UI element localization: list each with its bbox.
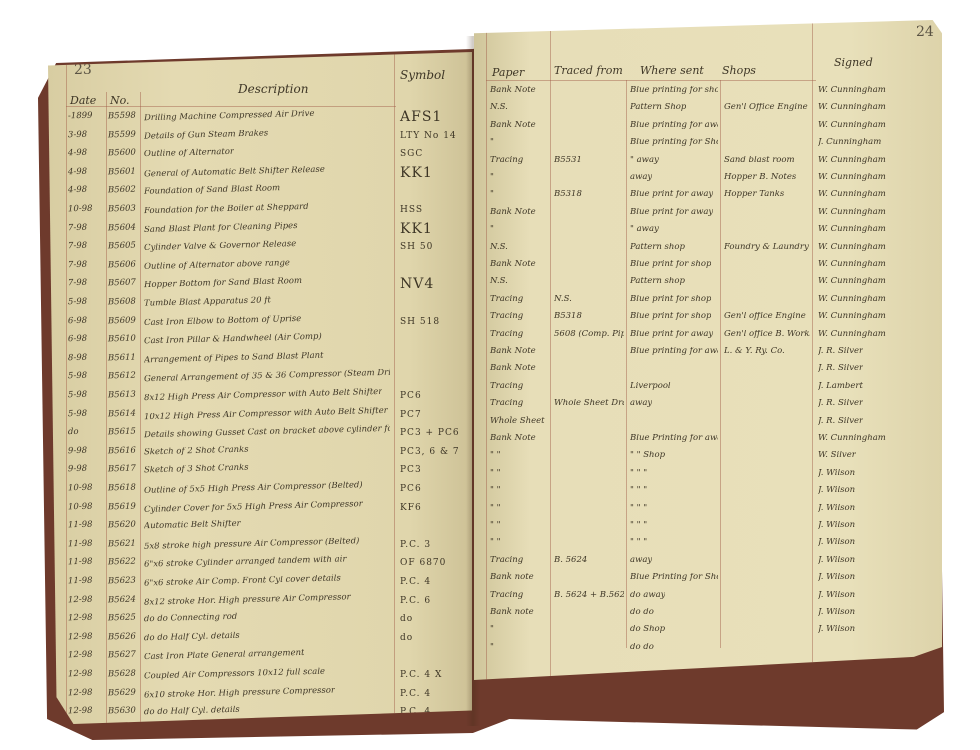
entry-date: 11-98 bbox=[68, 577, 93, 586]
entry-signed: J. Wilson bbox=[818, 608, 855, 617]
entry-symbol: NV4 bbox=[400, 276, 434, 292]
entry-where-sent: Blue print for away bbox=[630, 208, 713, 217]
entry-signed: J. R. Silver bbox=[818, 364, 863, 373]
entry-description: Details of Gun Steam Brakes bbox=[144, 129, 268, 141]
entry-number: B5605 bbox=[108, 242, 136, 251]
column-rule bbox=[486, 20, 487, 680]
entry-where-sent: Blue print for shop bbox=[630, 295, 711, 304]
entry-paper: " " bbox=[490, 504, 501, 513]
header-rule bbox=[66, 106, 396, 107]
column-rule bbox=[812, 20, 813, 680]
entry-number: B5598 bbox=[108, 112, 136, 121]
entry-where-sent: " " " bbox=[630, 469, 647, 478]
entry-date: 9-98 bbox=[68, 447, 87, 456]
entry-where-sent: Liverpool bbox=[630, 382, 671, 391]
entry-paper: Whole Sheet bbox=[490, 417, 545, 426]
entry-number: B5610 bbox=[108, 335, 136, 344]
entry-signed: W. Cunningham bbox=[818, 103, 886, 112]
entry-description: Outline of 5x5 High Press Air Compressor… bbox=[144, 481, 363, 495]
entry-symbol: SH 50 bbox=[400, 242, 433, 252]
entry-signed: W. Cunningham bbox=[818, 190, 886, 199]
entry-where-sent: " " " bbox=[630, 538, 647, 547]
entry-where-sent: do away bbox=[630, 591, 665, 600]
entry-date: do bbox=[68, 428, 79, 437]
header-traced-from: Traced from bbox=[554, 64, 623, 77]
entry-number: B5607 bbox=[108, 279, 136, 288]
entry-description: Coupled Air Compressors 10x12 full scale bbox=[144, 668, 325, 681]
entry-number: B5599 bbox=[108, 130, 136, 139]
entry-signed: J. Cunningham bbox=[818, 138, 881, 147]
entry-description: Cast Iron Elbow to Bottom of Uprise bbox=[144, 315, 301, 328]
entry-symbol: SGC bbox=[400, 149, 423, 159]
entry-paper: Tracing bbox=[490, 330, 523, 339]
entry-description: Tumble Blast Apparatus 20 ft bbox=[144, 296, 271, 308]
entry-traced-from: B5531 bbox=[554, 156, 582, 165]
entry-number: B5627 bbox=[108, 651, 136, 660]
entry-traced-from: B. 5624 + B.5625 bbox=[554, 591, 624, 600]
column-rule bbox=[626, 80, 627, 648]
entry-date: 3-98 bbox=[68, 130, 87, 139]
entry-description: Drilling Machine Compressed Air Drive bbox=[144, 110, 315, 123]
entry-paper: Bank note bbox=[490, 573, 534, 582]
entry-where-sent: Blue print for away bbox=[630, 190, 713, 199]
entry-traced-from: B5318 bbox=[554, 190, 582, 199]
entry-where-sent: Blue printing for Shop bbox=[630, 138, 718, 147]
entry-symbol: do bbox=[400, 633, 413, 643]
entry-shops: Sand blast room bbox=[724, 156, 795, 165]
entry-number: B5625 bbox=[108, 614, 136, 623]
entry-description: 8x12 High Press Air Compressor with Auto… bbox=[144, 388, 383, 403]
entry-number: B5616 bbox=[108, 446, 136, 455]
entry-paper: Bank note bbox=[490, 608, 534, 617]
entry-paper: Bank Note bbox=[490, 86, 536, 95]
entry-date: 4-98 bbox=[68, 149, 87, 158]
entry-number: B5629 bbox=[108, 688, 136, 697]
entry-number: B5603 bbox=[108, 205, 136, 214]
entry-number: B5606 bbox=[108, 260, 136, 269]
entry-where-sent: Pattern shop bbox=[630, 277, 685, 286]
entry-number: B5622 bbox=[108, 558, 136, 567]
entry-paper: " bbox=[490, 173, 494, 182]
entry-where-sent: " away bbox=[630, 156, 659, 165]
entry-paper: N.S. bbox=[490, 103, 508, 112]
entry-where-sent: Pattern Shop bbox=[630, 103, 686, 112]
entry-symbol: do bbox=[400, 614, 413, 624]
entry-description: General Arrangement of 35 & 36 Compresso… bbox=[144, 369, 390, 384]
header-where-sent: Where sent bbox=[640, 64, 704, 77]
entry-where-sent: " " " bbox=[630, 504, 647, 513]
entry-number: B5626 bbox=[108, 632, 136, 641]
header-symbol: Symbol bbox=[400, 68, 445, 82]
entry-description: Sand Blast Plant for Cleaning Pipes bbox=[144, 222, 298, 235]
entry-paper: Bank Note bbox=[490, 434, 536, 443]
entry-number: B5623 bbox=[108, 577, 136, 586]
entry-description: Foundation of Sand Blast Room bbox=[144, 185, 280, 197]
entry-paper: Tracing bbox=[490, 591, 523, 600]
entry-signed: J. Wilson bbox=[818, 625, 855, 634]
entry-date: 6-98 bbox=[68, 335, 87, 344]
column-rule bbox=[140, 92, 141, 724]
entry-number: B5611 bbox=[108, 353, 136, 362]
entry-signed: J. Wilson bbox=[818, 591, 855, 600]
entry-number: B5620 bbox=[108, 521, 136, 530]
entry-where-sent: " " " bbox=[630, 486, 647, 495]
entry-description: Cylinder Valve & Governor Release bbox=[144, 240, 296, 252]
entry-paper: " " bbox=[490, 451, 501, 460]
entry-paper: Bank Note bbox=[490, 364, 536, 373]
entry-number: B5615 bbox=[108, 428, 136, 437]
entry-number: B5601 bbox=[108, 167, 136, 176]
entry-signed: W. Cunningham bbox=[818, 86, 886, 95]
entry-description: Hopper Bottom for Sand Blast Room bbox=[144, 277, 302, 290]
entry-signed: J. R. Silver bbox=[818, 347, 863, 356]
entry-where-sent: Blue printing for shop bbox=[630, 86, 718, 95]
entry-signed: J. R. Silver bbox=[818, 417, 863, 426]
entry-signed: W. Cunningham bbox=[818, 225, 886, 234]
entry-description: Details showing Gusset Cast on bracket a… bbox=[144, 425, 390, 440]
entry-paper: " " bbox=[490, 538, 501, 547]
entry-date: -1899 bbox=[68, 112, 93, 121]
entry-date: 12-98 bbox=[68, 670, 93, 679]
entry-number: B5621 bbox=[108, 539, 136, 548]
entry-number: B5602 bbox=[108, 186, 136, 195]
entry-date: 7-98 bbox=[68, 223, 87, 232]
entry-shops: Hopper B. Notes bbox=[724, 173, 796, 182]
entry-where-sent: away bbox=[630, 173, 652, 182]
entry-where-sent: Blue print for shop bbox=[630, 312, 711, 321]
entry-description: Cast Iron Plate General arrangement bbox=[144, 649, 305, 662]
entry-traced-from: Whole Sheet Drawing bbox=[554, 399, 624, 408]
entry-where-sent: away bbox=[630, 399, 652, 408]
column-rule bbox=[394, 52, 395, 724]
entry-paper: " " bbox=[490, 469, 501, 478]
entry-paper: Bank Note bbox=[490, 260, 536, 269]
entry-where-sent: " " Shop bbox=[630, 451, 665, 460]
entry-description: 8x12 stroke Hor. High pressure Air Compr… bbox=[144, 593, 351, 607]
entry-description: Automatic Belt Shifter bbox=[144, 520, 241, 531]
entry-symbol: PC3, 6 & 7 bbox=[400, 447, 460, 457]
header-paper: Paper bbox=[492, 66, 524, 79]
entry-paper: " bbox=[490, 190, 494, 199]
entry-signed: W. Cunningham bbox=[818, 156, 886, 165]
entry-description: do do Half Cyl. details bbox=[144, 632, 240, 643]
entry-symbol: PC7 bbox=[400, 410, 422, 420]
entry-paper: Tracing bbox=[490, 399, 523, 408]
entry-paper: Tracing bbox=[490, 312, 523, 321]
left-page: 23 Date No. Description Symbol -1899B559… bbox=[48, 52, 472, 724]
entry-signed: J. Lambert bbox=[818, 382, 863, 391]
entry-signed: W. Cunningham bbox=[818, 312, 886, 321]
entry-traced-from: B5318 bbox=[554, 312, 582, 321]
entry-paper: Bank Note bbox=[490, 208, 536, 217]
entry-where-sent: Blue print for away bbox=[630, 330, 713, 339]
entry-number: B5624 bbox=[108, 595, 136, 604]
entry-where-sent: Blue Printing for away bbox=[630, 434, 718, 443]
margin-rule bbox=[66, 52, 67, 724]
entry-date: 5-98 bbox=[68, 298, 87, 307]
entry-description: 5x8 stroke high pressure Air Compressor … bbox=[144, 537, 360, 551]
entry-signed: W. Cunningham bbox=[818, 121, 886, 130]
entry-date: 7-98 bbox=[68, 261, 87, 270]
entry-number: B5609 bbox=[108, 316, 136, 325]
entry-traced-from: B. 5624 bbox=[554, 556, 587, 565]
entry-symbol: PC6 bbox=[400, 484, 422, 494]
entry-number: B5608 bbox=[108, 298, 136, 307]
entry-description: do do Half Cyl. details bbox=[144, 706, 240, 717]
entry-symbol: OF 6870 bbox=[400, 558, 446, 568]
entry-signed: W. Cunningham bbox=[818, 243, 886, 252]
entry-where-sent: Blue printing for away bbox=[630, 121, 718, 130]
entry-description: Cylinder Cover for 5x5 High Press Air Co… bbox=[144, 500, 363, 514]
entry-where-sent: " away bbox=[630, 225, 659, 234]
entry-signed: W. Cunningham bbox=[818, 295, 886, 304]
entry-traced-from: N.S. bbox=[554, 295, 572, 304]
entry-date: 8-98 bbox=[68, 354, 87, 363]
entry-number: B5628 bbox=[108, 670, 136, 679]
entry-signed: J. Wilson bbox=[818, 469, 855, 478]
entry-signed: W. Cunningham bbox=[818, 330, 886, 339]
entry-signed: W. Cunningham bbox=[818, 208, 886, 217]
entry-paper: Tracing bbox=[490, 295, 523, 304]
entry-date: 10-98 bbox=[68, 205, 93, 214]
entry-signed: J. Wilson bbox=[818, 521, 855, 530]
entry-description: Cast Iron Pillar & Handwheel (Air Comp) bbox=[144, 333, 322, 346]
entry-symbol: P.C. 4 X bbox=[400, 670, 442, 680]
column-rule bbox=[550, 20, 551, 680]
entry-date: 12-98 bbox=[68, 614, 93, 623]
entry-signed: J. R. Silver bbox=[818, 399, 863, 408]
entry-description: General of Automatic Belt Shifter Releas… bbox=[144, 165, 325, 178]
entry-paper: " bbox=[490, 138, 494, 147]
entry-signed: J. Wilson bbox=[818, 573, 855, 582]
entry-description: Outline of Alternator bbox=[144, 148, 234, 159]
entry-signed: W. Cunningham bbox=[818, 260, 886, 269]
entry-where-sent: Pattern shop bbox=[630, 243, 685, 252]
entry-paper: N.S. bbox=[490, 243, 508, 252]
entry-signed: W. Cunningham bbox=[818, 277, 886, 286]
entry-where-sent: Blue print for shop bbox=[630, 260, 711, 269]
entry-signed: J. Wilson bbox=[818, 504, 855, 513]
entry-shops: Hopper Tanks bbox=[724, 190, 784, 199]
entry-paper: " bbox=[490, 225, 494, 234]
entry-description: Arrangement of Pipes to Sand Blast Plant bbox=[144, 351, 324, 364]
entry-number: B5613 bbox=[108, 391, 136, 400]
entry-description: Sketch of 3 Shot Cranks bbox=[144, 464, 249, 475]
entry-symbol: P.C. 4 bbox=[400, 689, 431, 699]
header-description: Description bbox=[238, 82, 308, 96]
entry-signed: W. Cunningham bbox=[818, 173, 886, 182]
entry-paper: Tracing bbox=[490, 156, 523, 165]
right-page: 24 Paper Traced from Where sent Shops Si… bbox=[474, 20, 942, 680]
entry-symbol: P.C. 3 bbox=[400, 540, 431, 550]
entry-number: B5604 bbox=[108, 223, 136, 232]
entry-symbol: P.C. 6 bbox=[400, 596, 431, 606]
right-page-number: 24 bbox=[916, 24, 934, 40]
entry-symbol: SH 518 bbox=[400, 317, 440, 327]
entry-description: do do Connecting rod bbox=[144, 613, 237, 624]
entry-signed: J. Wilson bbox=[818, 538, 855, 547]
entry-date: 7-98 bbox=[68, 242, 87, 251]
entry-number: B5630 bbox=[108, 707, 136, 716]
entry-traced-from: 5608 (Comp. Pipe) bbox=[554, 330, 624, 339]
entry-paper: Tracing bbox=[490, 556, 523, 565]
entry-signed: J. Wilson bbox=[818, 556, 855, 565]
entry-date: 12-98 bbox=[68, 632, 93, 641]
entry-date: 11-98 bbox=[68, 521, 93, 530]
entry-description: 10x12 High Press Air Compressor with Aut… bbox=[144, 406, 388, 421]
entry-symbol: HSS bbox=[400, 205, 423, 215]
entry-symbol: PC6 bbox=[400, 391, 422, 401]
entry-paper: Bank Note bbox=[490, 121, 536, 130]
entry-symbol: KF6 bbox=[400, 503, 422, 513]
entry-where-sent: do do bbox=[630, 608, 654, 617]
entry-signed: J. Wilson bbox=[818, 486, 855, 495]
entry-date: 9-98 bbox=[68, 465, 87, 474]
column-rule bbox=[106, 92, 107, 724]
entry-date: 6-98 bbox=[68, 316, 87, 325]
entry-symbol: P.C. 4 bbox=[400, 577, 431, 587]
entry-date: 12-98 bbox=[68, 707, 93, 716]
header-rule bbox=[486, 80, 816, 81]
entry-where-sent: away bbox=[630, 556, 652, 565]
entry-number: B5614 bbox=[108, 409, 136, 418]
entry-number: B5617 bbox=[108, 465, 136, 474]
entry-date: 11-98 bbox=[68, 558, 93, 567]
entry-symbol: PC3 + PC6 bbox=[400, 428, 460, 438]
entry-number: B5618 bbox=[108, 484, 136, 493]
entry-paper: Tracing bbox=[490, 382, 523, 391]
entry-description: Foundation for the Boiler at Sheppard bbox=[144, 203, 309, 216]
entry-date: 5-98 bbox=[68, 391, 87, 400]
entry-signed: W. Cunningham bbox=[818, 434, 886, 443]
entry-description: Sketch of 2 Shot Cranks bbox=[144, 445, 249, 456]
entry-description: Outline of Alternator above range bbox=[144, 259, 290, 271]
entry-date: 11-98 bbox=[68, 539, 93, 548]
entry-shops: Gen'l office Engine bbox=[724, 312, 806, 321]
entry-date: 12-98 bbox=[68, 688, 93, 697]
entry-date: 4-98 bbox=[68, 168, 87, 177]
entry-shops: Gen'l office B. Works bbox=[724, 330, 810, 339]
entry-paper: Bank Note bbox=[490, 347, 536, 356]
entry-where-sent: do Shop bbox=[630, 625, 665, 634]
entry-paper: " bbox=[490, 643, 494, 652]
entry-where-sent: Blue printing for away bbox=[630, 347, 718, 356]
entry-date: 4-98 bbox=[68, 186, 87, 195]
open-ledger-book: 23 Date No. Description Symbol -1899B559… bbox=[0, 0, 980, 750]
header-signed: Signed bbox=[834, 56, 873, 69]
entry-symbol: KK1 bbox=[400, 221, 433, 237]
entry-paper: " " bbox=[490, 486, 501, 495]
entry-description: 6"x6 stroke Air Comp. Front Cyl cover de… bbox=[144, 574, 341, 588]
entry-symbol: LTY No 14 bbox=[400, 131, 457, 141]
entry-description: 6"x6 stroke Cylinder arranged tandem wit… bbox=[144, 556, 347, 570]
entry-symbol: KK1 bbox=[400, 165, 433, 181]
entry-date: 12-98 bbox=[68, 651, 93, 660]
column-rule bbox=[720, 80, 721, 648]
entry-date: 7-98 bbox=[68, 279, 87, 288]
entry-where-sent: " " " bbox=[630, 521, 647, 530]
entry-shops: Gen'l Office Engine bbox=[724, 103, 808, 112]
entry-description: 6x10 stroke Hor. High pressure Compresso… bbox=[144, 686, 335, 699]
entry-paper: N.S. bbox=[490, 277, 508, 286]
entry-date: 10-98 bbox=[68, 484, 93, 493]
entry-date: 5-98 bbox=[68, 409, 87, 418]
entry-symbol: AFS1 bbox=[400, 109, 442, 125]
entry-number: B5619 bbox=[108, 502, 136, 511]
entry-symbol: PC3 bbox=[400, 465, 422, 475]
entry-number: B5612 bbox=[108, 372, 136, 381]
entry-shops: Foundry & Laundry bbox=[724, 243, 809, 252]
entry-where-sent: Blue Printing for Shop bbox=[630, 573, 718, 582]
entry-signed: W. Silver bbox=[818, 451, 856, 460]
entry-paper: " bbox=[490, 625, 494, 634]
entry-shops: L. & Y. Ry. Co. bbox=[724, 347, 785, 356]
entry-where-sent: do do bbox=[630, 643, 654, 652]
entry-date: 5-98 bbox=[68, 372, 87, 381]
entry-paper: " " bbox=[490, 521, 501, 530]
entry-date: 10-98 bbox=[68, 502, 93, 511]
entry-date: 12-98 bbox=[68, 595, 93, 604]
entry-number: B5600 bbox=[108, 149, 136, 158]
header-shops: Shops bbox=[722, 64, 756, 77]
